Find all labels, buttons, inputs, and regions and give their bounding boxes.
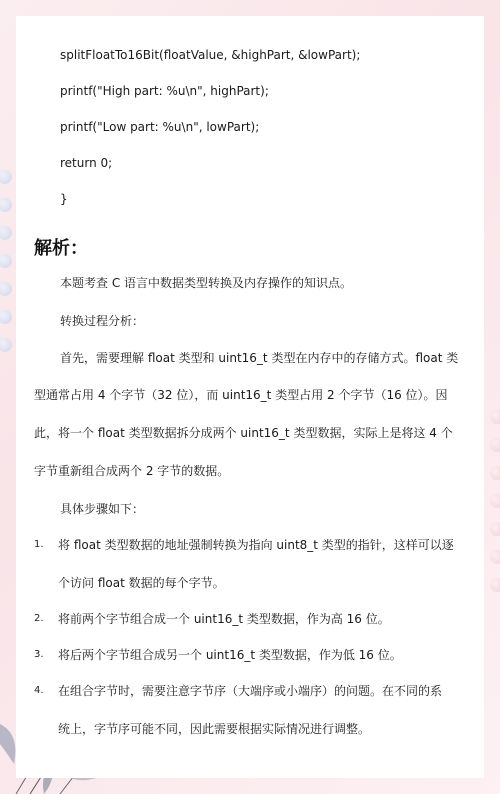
paragraph-line: 首先，需要理解 float 类型和 uint16_t 类型在内存中的存储方式。f…: [60, 349, 458, 366]
step-line: 在组合字节时，需要注意字节序（大端序或小端序）的问题。在不同的系: [58, 682, 442, 699]
step-line: 统上，字节序可能不同，因此需要根据实际情况进行调整。: [58, 720, 370, 737]
decorative-bubbles-left: [0, 170, 16, 366]
step-number: 3.: [34, 649, 44, 660]
code-line: printf("High part: %u\n", highPart);: [60, 84, 269, 98]
document-page: splitFloatTo16Bit(floatValue, &highPart,…: [16, 16, 484, 778]
code-line: }: [60, 192, 68, 206]
process-label: 转换过程分析：: [60, 312, 144, 329]
step-line: 将后两个字节组合成另一个 uint16_t 类型数据，作为低 16 位。: [58, 646, 402, 663]
paragraph-line: 型通常占用 4 个字节（32 位），而 uint16_t 类型占用 2 个字节（…: [34, 386, 448, 403]
decorative-bubbles-right: [486, 410, 500, 606]
step-line: 将前两个字节组合成一个 uint16_t 类型数据，作为高 16 位。: [58, 610, 390, 627]
step-number: 4.: [34, 685, 44, 696]
step-line: 个访问 float 数据的每个字节。: [58, 574, 225, 591]
analysis-heading: 解析：: [34, 234, 88, 260]
code-line: printf("Low part: %u\n", lowPart);: [60, 120, 259, 134]
step-number: 2.: [34, 613, 44, 624]
steps-label: 具体步骤如下：: [60, 500, 144, 517]
paragraph-line: 字节重新组合成两个 2 字节的数据。: [34, 462, 229, 479]
paragraph-line: 此，将一个 float 类型数据拆分成两个 uint16_t 类型数据，实际上是…: [34, 424, 453, 441]
code-line: return 0;: [60, 156, 112, 170]
code-line: splitFloatTo16Bit(floatValue, &highPart,…: [60, 48, 360, 62]
step-line: 将 float 类型数据的地址强制转换为指向 uint8_t 类型的指针，这样可…: [58, 536, 454, 553]
intro-text: 本题考查 C 语言中数据类型转换及内存操作的知识点。: [60, 274, 352, 291]
step-number: 1.: [34, 539, 44, 550]
